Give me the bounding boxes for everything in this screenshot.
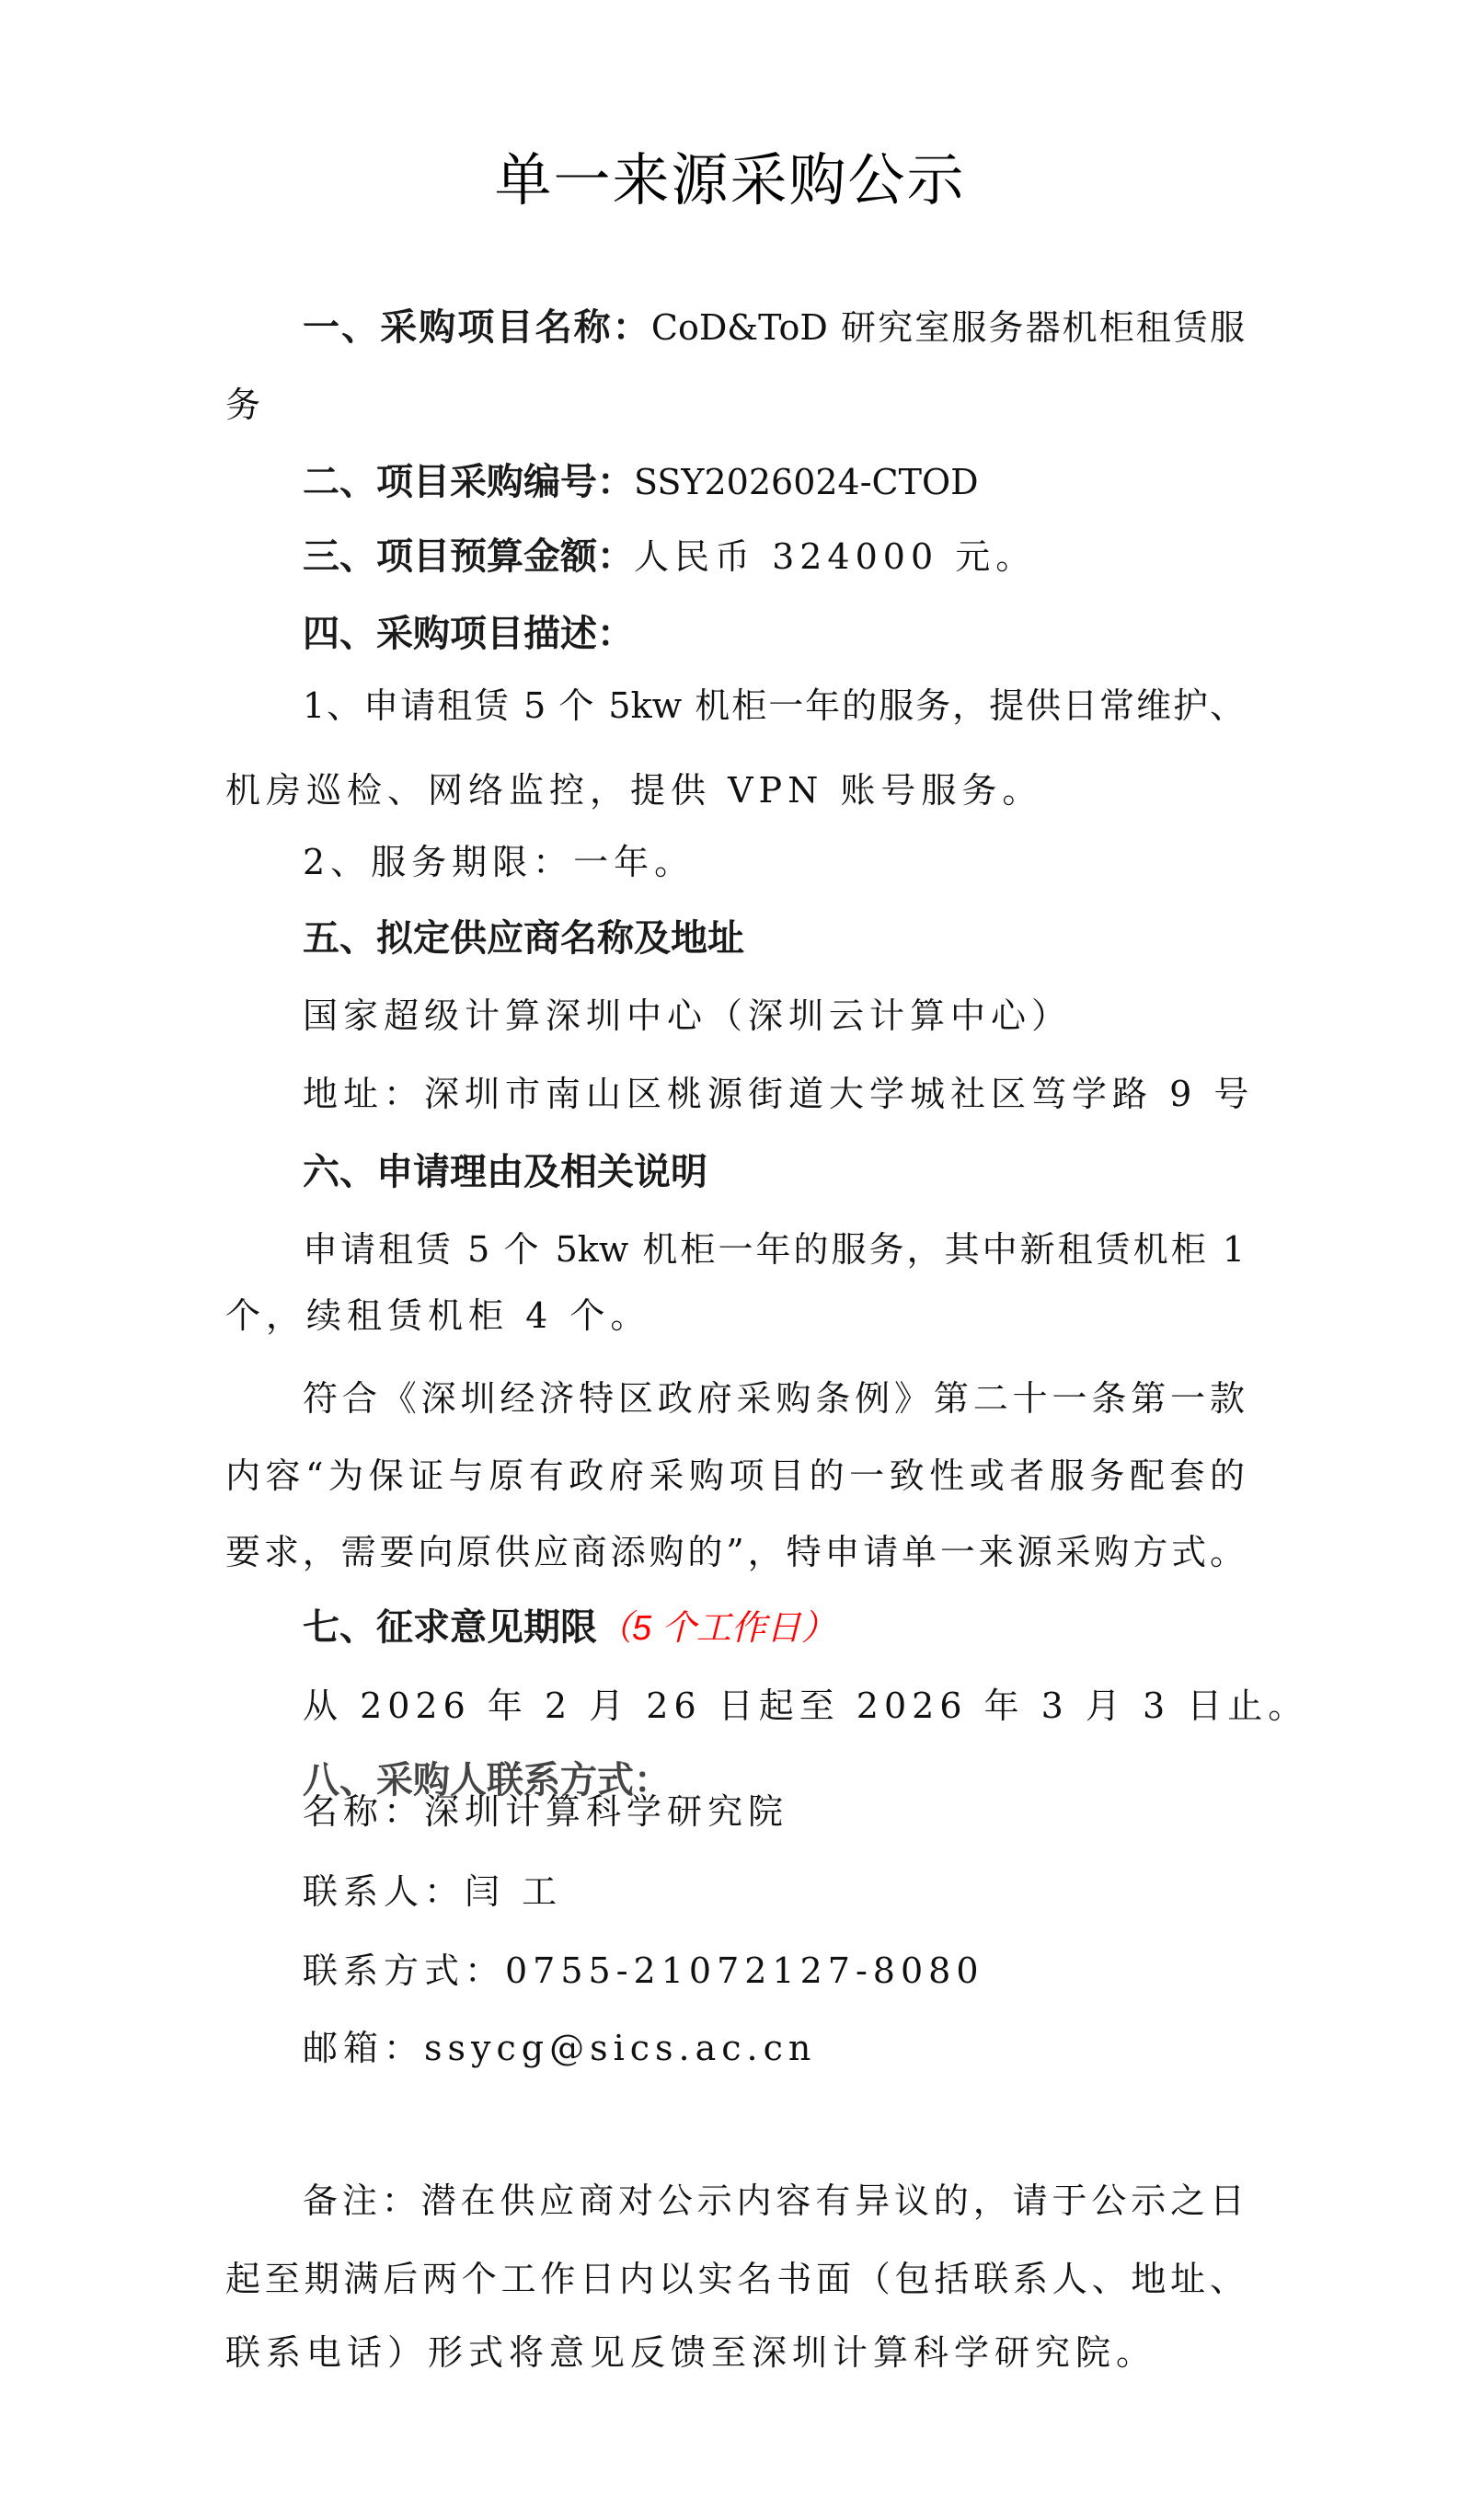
- working-days-note: （5 个工作日）: [597, 1609, 836, 1648]
- purchaser-name: 名称：深圳计算科学研究院: [303, 1786, 788, 1837]
- budget-value: 人民币 324000 元。: [634, 536, 1036, 577]
- comment-period: 从 2026 年 2 月 26 日起至 2026 年 3 月 3 日止。: [303, 1680, 1308, 1732]
- supplier-name: 国家超级计算深圳中心（深圳云计算中心）: [303, 990, 1072, 1041]
- remark-line-1: 备注：潜在供应商对公示内容有异议的，请于公示之日: [303, 2175, 1245, 2227]
- document-title: 单一来源采购公示: [0, 147, 1460, 213]
- section-1-line-2: 务: [225, 379, 260, 431]
- section-3: 三、项目预算金额：人民币 324000 元。: [303, 531, 1036, 582]
- reason-para-2-line-2: 内容“为保证与原有政府采购项目的一致性或者服务配套的: [225, 1450, 1245, 1502]
- section-2: 二、项目采购编号：SSY2026024-CTOD: [303, 456, 979, 508]
- section-5-heading: 五、拟定供应商名称及地址: [303, 913, 744, 964]
- supplier-address: 地址：深圳市南山区桃源街道大学城社区笃学路 9 号: [303, 1068, 1254, 1120]
- project-name-value: CoD&ToD 研究室服务器机柜租赁服: [651, 307, 1245, 348]
- description-item-2: 2、服务期限：一年。: [303, 836, 695, 888]
- remark-line-2: 起至期满后两个工作日内以实名书面（包括联系人、地址、: [225, 2253, 1245, 2305]
- project-number-value: SSY2026024-CTOD: [634, 462, 979, 502]
- contact-phone: 联系方式：0755-21072127-8080: [303, 1945, 984, 1996]
- description-item-1-line-2: 机房巡检、网络监控，提供 VPN 账号服务。: [225, 765, 1042, 816]
- section-7-heading: 七、征求意见期限: [303, 1607, 597, 1648]
- reason-para-2-line-1: 符合《深圳经济特区政府采购条例》第二十一条第一款: [303, 1373, 1245, 1424]
- reason-para-1-line-1: 申请租赁 5 个 5kw 机柜一年的服务，其中新租赁机柜 1: [303, 1224, 1245, 1275]
- contact-person: 联系人：闫 工: [303, 1866, 562, 1917]
- section-1-heading: 一、采购项目名称：: [303, 307, 651, 348]
- section-7: 七、征求意见期限（5 个工作日）: [303, 1602, 836, 1653]
- section-3-heading: 三、项目预算金额：: [303, 536, 634, 577]
- document-page: 单一来源采购公示 一、采购项目名称：CoD&ToD 研究室服务器机柜租赁服 务 …: [0, 0, 1460, 2520]
- description-item-1-line-1: 1、申请租赁 5 个 5kw 机柜一年的服务，提供日常维护、: [303, 680, 1245, 731]
- section-6-heading: 六、申请理由及相关说明: [303, 1146, 707, 1198]
- remark-line-3: 联系电话）形式将意见反馈至深圳计算科学研究院。: [225, 2327, 1156, 2378]
- reason-para-1-line-2: 个，续租赁机柜 4 个。: [225, 1290, 650, 1341]
- section-2-heading: 二、项目采购编号：: [303, 462, 634, 502]
- reason-para-2-line-3: 要求，需要向原供应商添购的”，特申请单一来源采购方式。: [225, 1526, 1245, 1578]
- section-1-line-1: 一、采购项目名称：CoD&ToD 研究室服务器机柜租赁服: [303, 302, 1245, 353]
- section-4-heading: 四、采购项目描述：: [303, 608, 634, 660]
- contact-email: 邮箱：ssycg@sics.ac.cn: [303, 2022, 816, 2074]
